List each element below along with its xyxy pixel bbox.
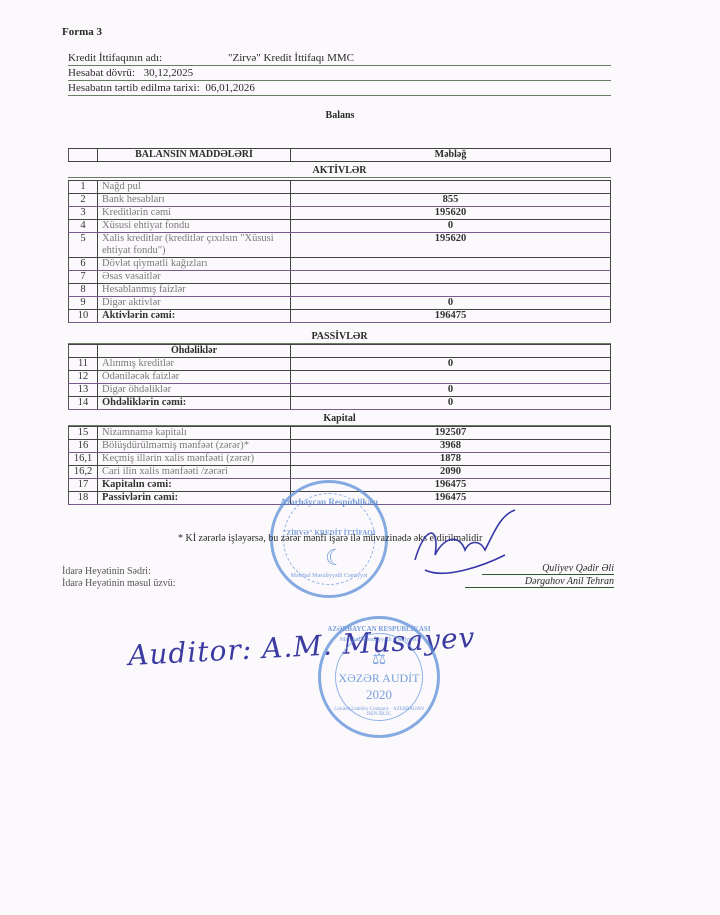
row-number: 17 [69,479,98,492]
row-label: Bölüşdürülməmiş mənfəət (zərər)* [98,440,291,453]
crescent-icon: ☾ [325,545,345,571]
compiled-date-line: Hesabatın tərtib edilmə tarixi: 06,01,20… [68,81,611,96]
row-amount: 3968 [291,440,611,453]
row-label: Hesablanmış faizlər [98,284,291,297]
table-row: 5Xalis kreditlər (kreditlər çıxılsın "Xü… [69,233,611,258]
table-row: 14Öhdəliklərin cəmi:0 [69,397,611,410]
chair-name: Quliyev Qədir Əli [482,563,614,575]
column-header-amount: Məbləğ [291,149,611,162]
union-name-value: "Zirvə" Kredit İttifaqı MMC [228,51,354,65]
audit-stamp-bottom-text: Limited Liability Company · AZERBAIJAN R… [331,707,427,717]
table-row: 9Digər aktivlər0 [69,297,611,310]
table-row: 16,1Keçmiş illərin xalis mənfəəti (zərər… [69,453,611,466]
row-amount: 0 [291,220,611,233]
row-label: Xalis kreditlər (kreditlər çıxılsın "Xüs… [98,233,291,258]
row-label: Keçmiş illərin xalis mənfəəti (zərər) [98,453,291,466]
row-label: Kreditlərin cəmi [98,207,291,220]
document-title: Balans [0,110,680,121]
compiled-date-value: 06,01,2026 [205,82,255,94]
row-label: Digər aktivlər [98,297,291,310]
table-row: 10Aktivlərin cəmi:196475 [69,310,611,323]
chair-label: İdarə Heyətinin Sədri: [62,566,151,577]
table-row: 16Bölüşdürülməmiş mənfəət (zərər)*3968 [69,440,611,453]
report-period-label: Hesabat dövrü: [68,66,135,80]
union-stamp-top-text: Azərbaycan Respublikası [273,497,385,507]
row-amount [291,371,611,384]
member-name: Dərgahov Anil Tehran [465,576,614,588]
audit-stamp-year: 2020 [321,687,437,703]
row-label: Alınmış kreditlər [98,358,291,371]
row-amount [291,181,611,194]
form-number: Forma 3 [62,26,102,38]
row-amount: 0 [291,358,611,371]
table-row: 7Əsas vəsaitlər [69,271,611,284]
table-row: 11Alınmış kreditlər0 [69,358,611,371]
row-amount: 1878 [291,453,611,466]
balance-header-table: BALANSIN MADDƏLƏRİ Məbləğ [68,148,611,162]
row-amount: 0 [291,397,611,410]
row-number: 2 [69,194,98,207]
table-row: 4Xüsusi ehtiyat fondu0 [69,220,611,233]
table-row: 3Kreditlərin cəmi195620 [69,207,611,220]
row-label: Xüsusi ehtiyat fondu [98,220,291,233]
obligations-subtitle: Öhdəliklər [98,345,291,358]
row-number: 16,1 [69,453,98,466]
row-number: 9 [69,297,98,310]
liabilities-section-title: PASSİVLƏR [68,330,611,344]
table-row: 6Dövlət qiymətli kağızları [69,258,611,271]
row-number: 16,2 [69,466,98,479]
report-period-line: Hesabat dövrü: 30,12,2025 [68,66,611,81]
row-label: Aktivlərin cəmi: [98,310,291,323]
assets-section-title: AKTİVLƏR [68,164,611,178]
union-name-line: Kredit İttifaqının adı: "Zirvə" Kredit İ… [68,51,611,66]
header-number-cell [69,149,98,162]
row-amount: 855 [291,194,611,207]
row-label: Dövlət qiymətli kağızları [98,258,291,271]
table-row: 16,2Cari ilin xalis mənfəəti /zərəri2090 [69,466,611,479]
table-row: 15Nizamnamə kapitalı192507 [69,427,611,440]
audit-stamp-sub-text: Məhdud Məsuliyyətli Cəmiyyəti [321,637,437,643]
row-number: 7 [69,271,98,284]
row-amount [291,258,611,271]
table-row: 13Digər öhdəliklər0 [69,384,611,397]
row-number: 3 [69,207,98,220]
member-label: İdarə Heyətinin məsul üzvü: [62,578,176,589]
table-row: 2Bank hesabları855 [69,194,611,207]
union-stamp-bottom-text: Məhdud Məsuliyyətli Cəmiyyət [273,573,385,579]
row-label: Əsas vəsaitlər [98,271,291,284]
table-row: 1Nağd pul [69,181,611,194]
row-label: Öhdəliklərin cəmi: [98,397,291,410]
row-number: 16 [69,440,98,453]
row-number: 4 [69,220,98,233]
assets-table: 1Nağd pul2Bank hesabları8553Kreditlərin … [68,180,611,323]
row-label: Nağd pul [98,181,291,194]
audit-stamp-name: XƏZƏR AUDİT [321,671,437,686]
row-number: 12 [69,371,98,384]
row-number: 5 [69,233,98,258]
obligations-table: Öhdəliklər 11Alınmış kreditlər012Ödənilə… [68,344,611,410]
row-label: Nizamnamə kapitalı [98,427,291,440]
row-number: 15 [69,427,98,440]
row-number: 14 [69,397,98,410]
row-number: 11 [69,358,98,371]
capital-section-title: Kapital [68,412,611,426]
obligations-amount-cell [291,345,611,358]
scales-icon: ⚖ [321,649,437,669]
row-number: 13 [69,384,98,397]
audit-stamp: AZƏRBAYCAN RESPUBLİKASI Məhdud Məsuliyyə… [318,616,440,738]
row-number: 8 [69,284,98,297]
union-name-label: Kredit İttifaqının adı: [68,51,162,65]
row-label: Cari ilin xalis mənfəəti /zərəri [98,466,291,479]
row-amount: 0 [291,297,611,310]
row-amount: 195620 [291,233,611,258]
row-amount: 0 [291,384,611,397]
row-number: 10 [69,310,98,323]
compiled-date-label: Hesabatın tərtib edilmə tarixi: [68,81,200,95]
table-row: 8Hesablanmış faizlər [69,284,611,297]
row-label: Ödəniləcək faizlər [98,371,291,384]
report-period-value: 30,12,2025 [144,67,194,79]
row-number: 18 [69,492,98,505]
row-label: Passivlərin cəmi: [98,492,291,505]
table-row: 12Ödəniləcək faizlər [69,371,611,384]
row-amount: 195620 [291,207,611,220]
row-amount: 2090 [291,466,611,479]
row-label: Digər öhdəliklər [98,384,291,397]
row-amount [291,271,611,284]
row-label: Kapitalın cəmi: [98,479,291,492]
row-label: Bank hesabları [98,194,291,207]
row-amount [291,284,611,297]
row-amount: 196475 [291,310,611,323]
row-number: 1 [69,181,98,194]
obligations-number-cell [69,345,98,358]
audit-stamp-top-text: AZƏRBAYCAN RESPUBLİKASI [321,625,437,633]
row-amount: 192507 [291,427,611,440]
column-header-items: BALANSIN MADDƏLƏRİ [98,149,291,162]
row-number: 6 [69,258,98,271]
